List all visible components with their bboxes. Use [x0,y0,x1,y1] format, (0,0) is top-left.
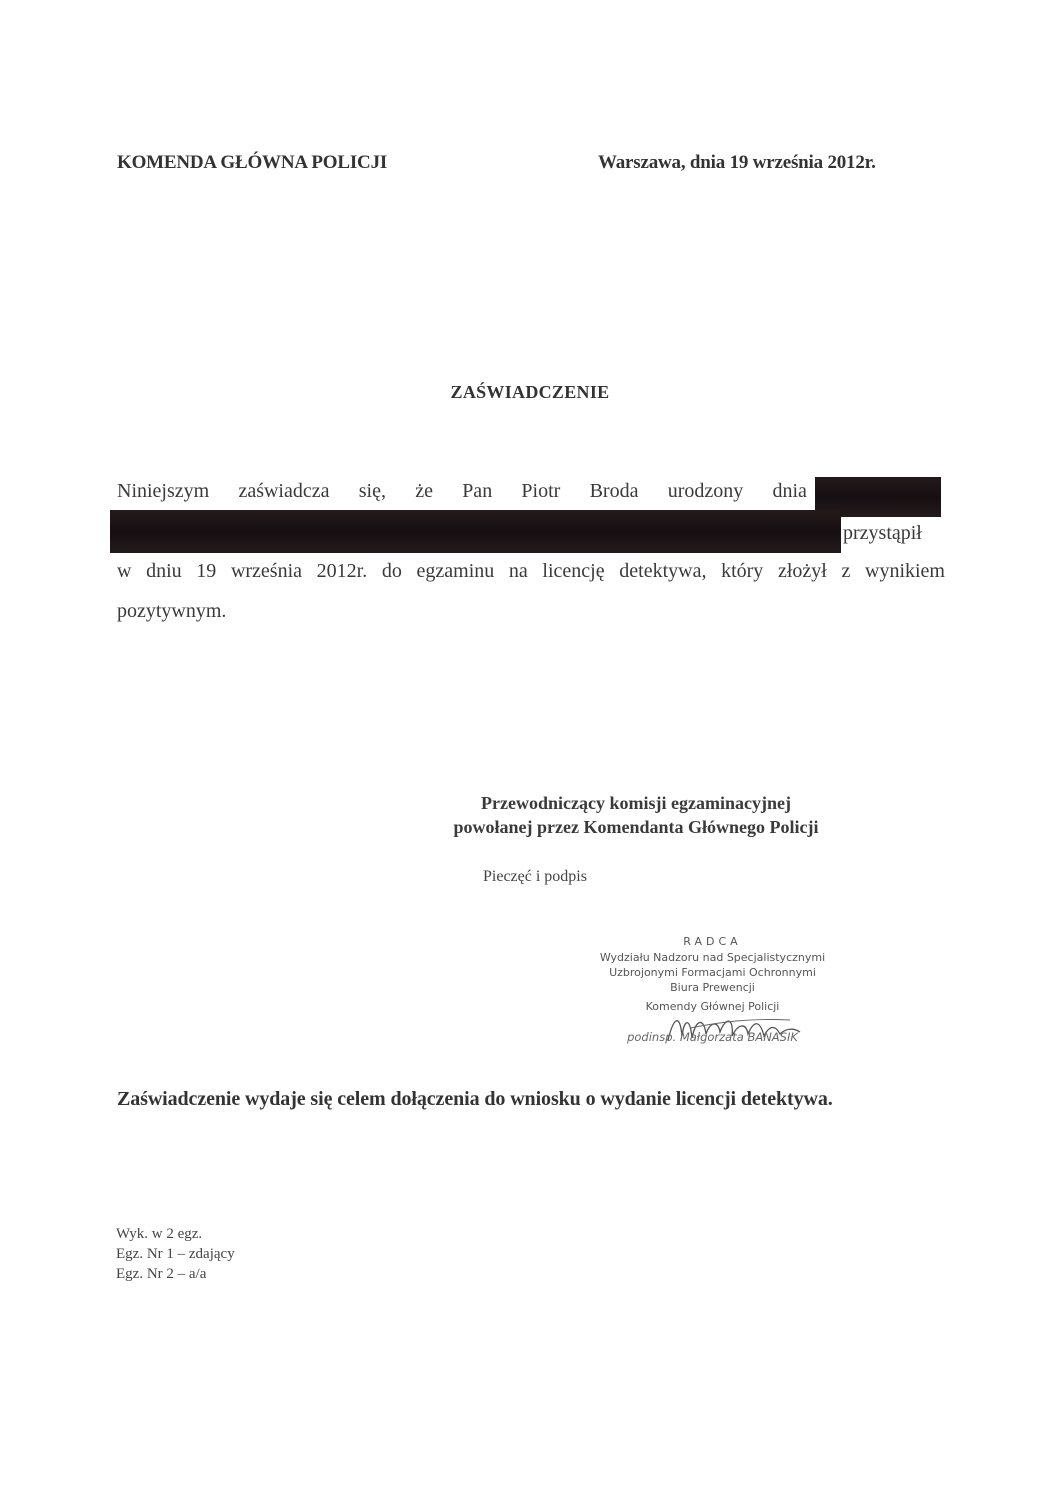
word: Piotr [521,480,560,503]
copies-list: Wyk. w 2 egz. Egz. Nr 1 – zdający Egz. N… [116,1224,235,1284]
stamp-line-3: Uzbrojonymi Formacjami Ochronnymi [570,966,855,981]
word: Niniejszym [117,480,209,503]
stamp-line-4: Biura Prewencji [570,981,855,996]
word: że [415,480,433,503]
footer-note: Zaświadczenie wydaje się celem dołączeni… [117,1088,833,1111]
stamp-line-6: podinsp. Małgorzata BANASIK [570,1030,855,1045]
word: zaświadcza [238,480,329,503]
copy-line: Egz. Nr 2 – a/a [116,1264,235,1284]
word: urodzony [668,480,744,503]
redaction-birthplace [110,510,841,553]
signatory-title-2: powołanej przez Komendanta Głównego Poli… [400,815,872,839]
word: się, [359,480,386,503]
issuer-heading: KOMENDA GŁÓWNA POLICJI [117,152,387,174]
word: dnia [772,480,806,503]
copy-line: Wyk. w 2 egz. [116,1224,235,1244]
body-line-2-end: przystąpił [843,522,922,545]
stamp-line-2: Wydziału Nadzoru nad Specjalistycznymi [570,951,855,966]
body-line-3: w dniu 19 września 2012r. do egzaminu na… [117,560,945,583]
document-title: ZAŚWIADCZENIE [0,382,1060,403]
copy-line: Egz. Nr 1 – zdający [116,1244,235,1264]
seal-label: Pieczęć i podpis [483,868,587,886]
body-line-1: Niniejszym zaświadcza się, że Pan Piotr … [117,480,807,503]
word: Pan [462,480,492,503]
place-date: Warszawa, dnia 19 września 2012r. [598,152,876,174]
body-line-4: pozytywnym. [117,600,945,623]
stamp-line-1: RADCA [570,935,855,950]
signatory-title-1: Przewodniczący komisji egzaminacyjnej [400,791,872,815]
word: Broda [590,480,639,503]
